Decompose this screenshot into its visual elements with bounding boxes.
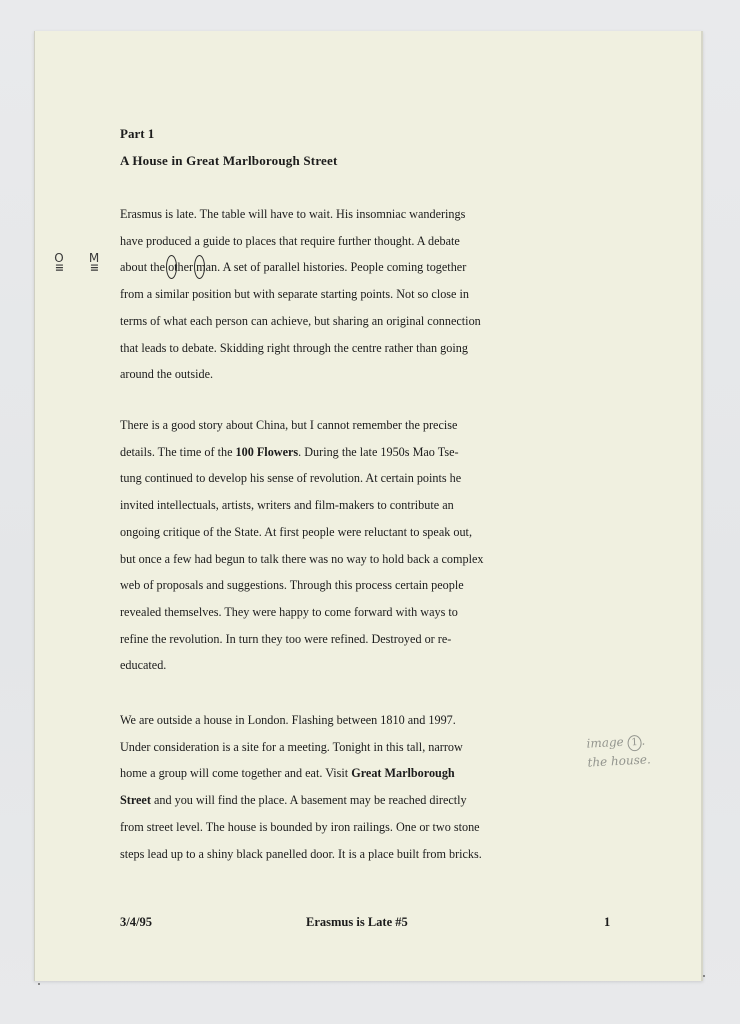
text-line: steps lead up to a shiny black panelled …: [120, 841, 560, 868]
text-line: We are outside a house in London. Flashi…: [120, 707, 560, 734]
text-line: but once a few had begun to talk there w…: [120, 546, 560, 573]
footer-page-number: 1: [604, 915, 610, 930]
circled-number: 1: [627, 735, 642, 752]
triple-underline-mark: ≡: [88, 263, 99, 273]
bold-emphasis: 100 Flowers: [236, 445, 299, 459]
chapter-title: A House in Great Marlborough Street: [120, 153, 560, 169]
bold-emphasis: Street: [120, 793, 151, 807]
text-line: home a group will come together and eat.…: [120, 760, 560, 787]
text-line: educated.: [120, 652, 560, 679]
text-run: ther: [174, 260, 196, 274]
text-line: terms of what each person can achieve, b…: [120, 308, 560, 335]
text-line: have produced a guide to places that req…: [120, 228, 560, 255]
text-line: from street level. The house is bounded …: [120, 814, 560, 841]
staple-mark: [703, 975, 705, 977]
part-label: Part 1: [120, 126, 560, 142]
text-line: around the outside.: [120, 361, 560, 388]
staple-mark: [38, 983, 40, 985]
text-run: home a group will come together and eat.…: [120, 766, 351, 780]
text-run: about the: [120, 260, 168, 274]
text-run: . During the late 1950s Mao Tse-: [298, 445, 458, 459]
proof-circled-letter: o: [168, 254, 174, 281]
paragraph-3: We are outside a house in London. Flashi…: [120, 707, 560, 867]
text-line: web of proposals and suggestions. Throug…: [120, 572, 560, 599]
text-run: and you will find the place. A basement …: [151, 793, 467, 807]
proof-circled-letter: m: [196, 254, 205, 281]
text-line: revealed themselves. They were happy to …: [120, 599, 560, 626]
margin-proof-mark-o: O ≡: [52, 253, 66, 273]
text-line: details. The time of the 100 Flowers. Du…: [120, 439, 560, 466]
handwritten-pencil-note: image 1. the house.: [586, 731, 651, 771]
text-line: from a similar position but with separat…: [120, 281, 560, 308]
text-line: ongoing critique of the State. At first …: [120, 519, 560, 546]
note-line-1: image: [586, 735, 624, 751]
paragraph-2: There is a good story about China, but I…: [120, 412, 560, 679]
text-line: refine the revolution. In turn they too …: [120, 626, 560, 653]
bold-emphasis: Great Marlborough: [351, 766, 454, 780]
footer-title: Erasmus is Late #5: [306, 915, 408, 930]
text-line: Street and you will find the place. A ba…: [120, 787, 560, 814]
text-line: tung continued to develop his sense of r…: [120, 465, 560, 492]
text-run: details. The time of the: [120, 445, 236, 459]
text-run: an. A set of parallel histories. People …: [206, 260, 467, 274]
text-line: There is a good story about China, but I…: [120, 412, 560, 439]
text-line: Under consideration is a site for a meet…: [120, 734, 560, 761]
note-line-2: the house.: [587, 752, 651, 769]
triple-underline-mark: ≡: [53, 263, 64, 273]
footer-date: 3/4/95: [120, 915, 152, 930]
text-line: about the other man. A set of parallel h…: [120, 254, 560, 281]
text-line: Erasmus is late. The table will have to …: [120, 201, 560, 228]
text-line: that leads to debate. Skidding right thr…: [120, 335, 560, 362]
margin-proof-mark-m: M ≡: [87, 253, 101, 273]
paragraph-1: Erasmus is late. The table will have to …: [120, 201, 560, 388]
text-line: invited intellectuals, artists, writers …: [120, 492, 560, 519]
document-page: Part 1 A House in Great Marlborough Stre…: [34, 31, 703, 981]
